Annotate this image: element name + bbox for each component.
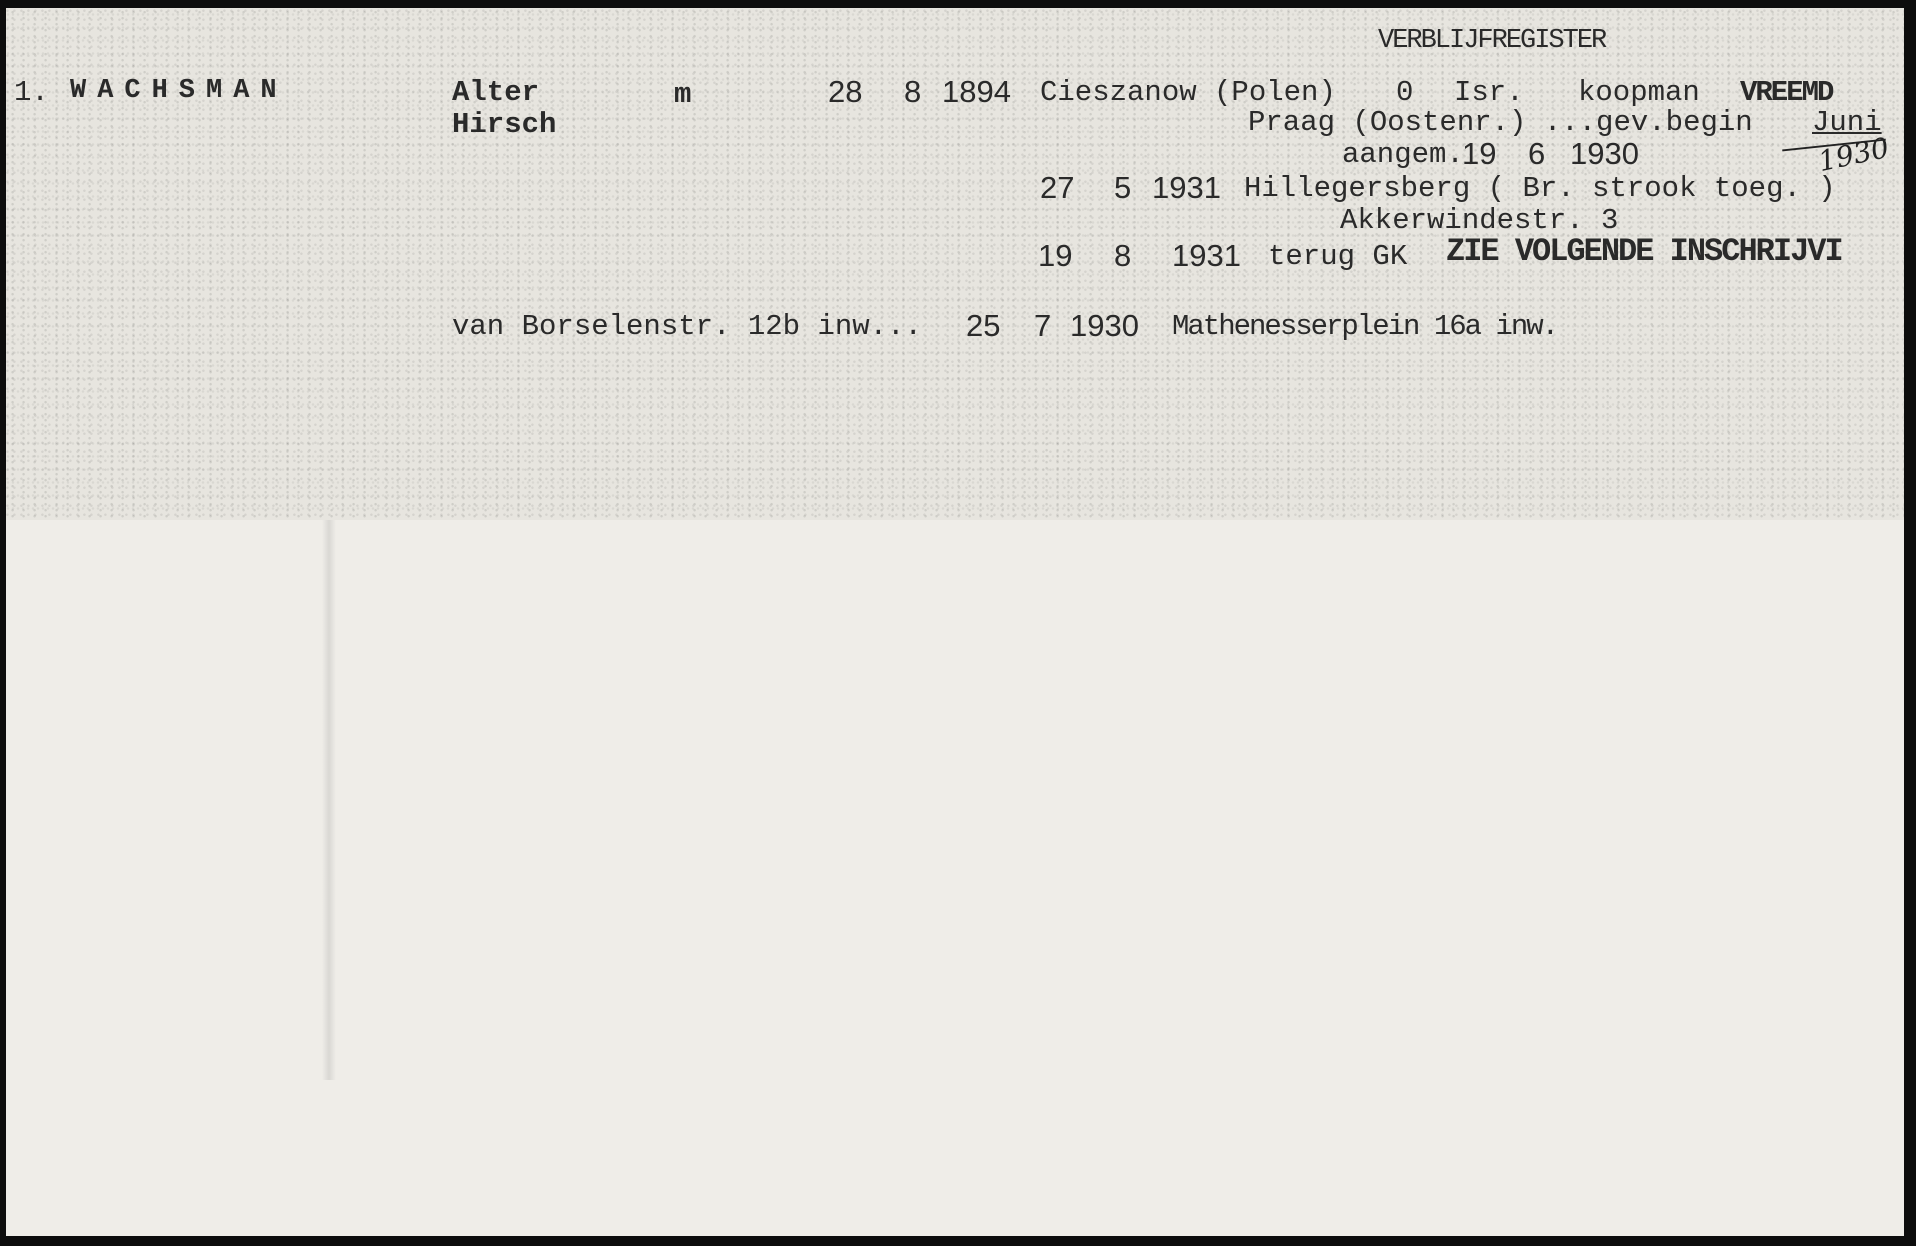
- occupation: koopman: [1578, 78, 1700, 107]
- arrival-month: 6: [1528, 138, 1545, 169]
- civil-status: 0: [1396, 78, 1413, 107]
- birth-day: 28: [828, 76, 862, 107]
- status-stamp: VREEMD: [1740, 78, 1832, 107]
- card-fold-line: [322, 520, 336, 1080]
- birth-month: 8: [904, 76, 921, 107]
- move-2-month: 8: [1114, 240, 1131, 271]
- given-name-2: Hirsch: [452, 110, 556, 139]
- origin-line: Praag (Oostenr.) ...gev.begin: [1248, 108, 1753, 137]
- origin-month: Juni: [1812, 108, 1882, 137]
- move-1-text: Hillegersberg ( Br. strook toeg. ): [1244, 174, 1836, 203]
- address-to: Mathenesserplein 16a inw.: [1172, 312, 1557, 341]
- registration-card: VERBLIJFREGISTER 1. WACHSMAN Alter Hirsc…: [6, 8, 1904, 1236]
- move-1-month: 5: [1114, 172, 1131, 203]
- address-change-day: 25: [966, 310, 1000, 341]
- given-name-1: Alter: [452, 78, 539, 107]
- move-2-day: 19: [1038, 240, 1072, 271]
- address-change-year: 1930: [1070, 310, 1139, 341]
- sex: m: [674, 80, 691, 109]
- move-1-year: 1931: [1152, 172, 1221, 203]
- entry-number: 1.: [14, 78, 49, 107]
- arrival-year: 1930: [1570, 138, 1639, 169]
- birth-place: Cieszanow (Polen): [1040, 78, 1336, 107]
- move-2-text: terug GK: [1268, 242, 1407, 271]
- move-1-day: 27: [1040, 172, 1074, 203]
- move-2-year: 1931: [1172, 240, 1241, 271]
- address-from: van Borselenstr. 12b inw...: [452, 312, 922, 341]
- surname: WACHSMAN: [70, 78, 288, 105]
- address-change-month: 7: [1034, 310, 1051, 341]
- arrival-label: aangem.: [1342, 140, 1464, 169]
- register-title: VERBLIJFREGISTER: [1378, 28, 1605, 55]
- move-1-address: Akkerwindestr. 3: [1340, 206, 1618, 235]
- birth-year: 1894: [942, 76, 1011, 107]
- next-entry-stamp: ZIE VOLGENDE INSCHRIJVI: [1446, 236, 1842, 268]
- arrival-day: 19: [1462, 138, 1496, 169]
- religion: Isr.: [1454, 78, 1524, 107]
